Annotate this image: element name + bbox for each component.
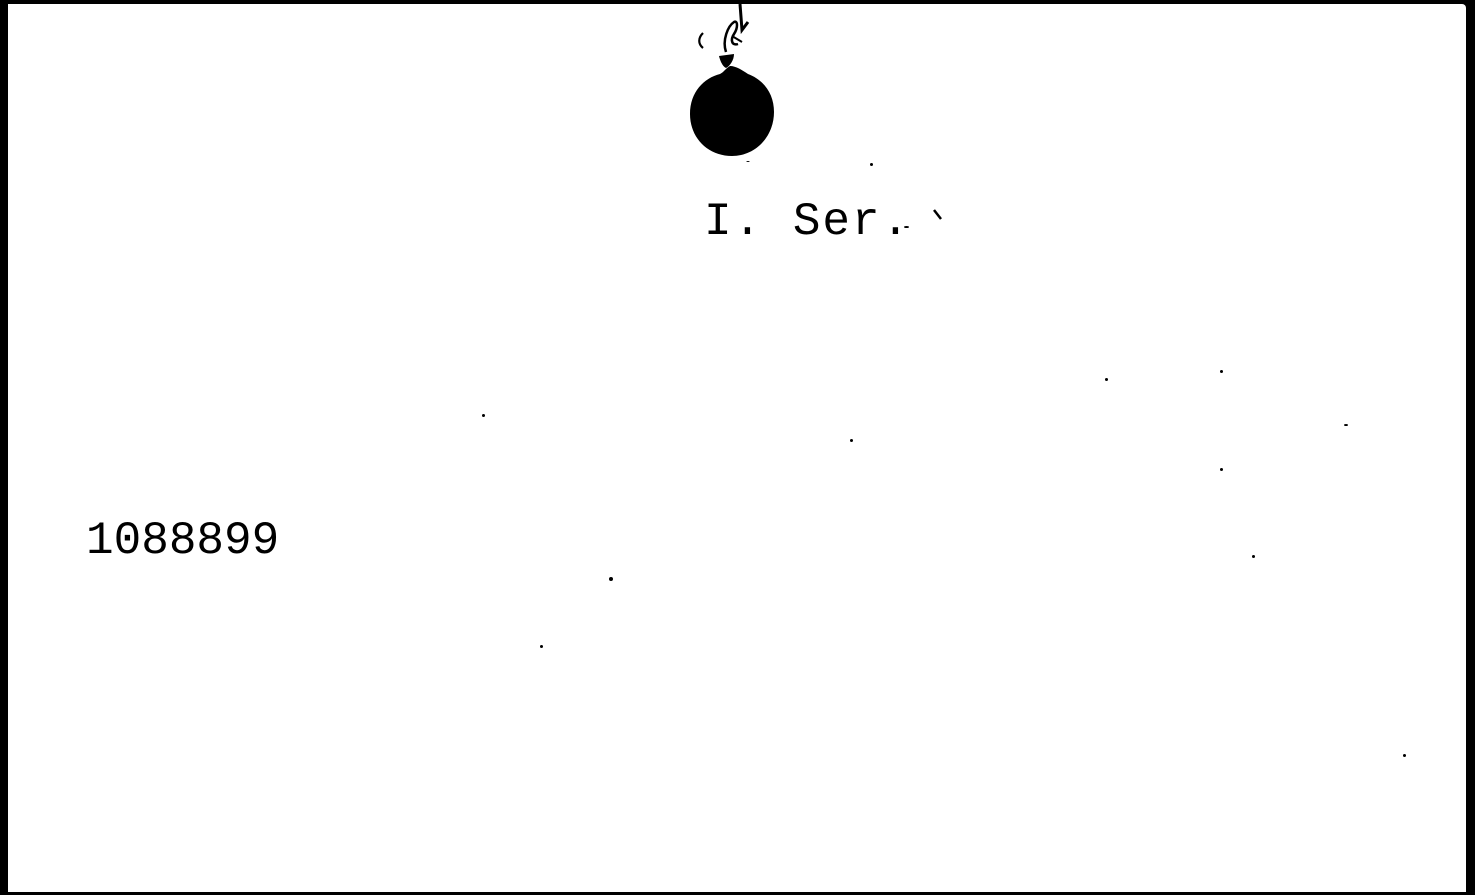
series-label: I. Ser. (704, 196, 911, 248)
scan-border-right (1466, 0, 1475, 895)
scan-speck (482, 414, 485, 417)
scan-speck (1252, 555, 1255, 558)
scan-speck (1220, 370, 1223, 373)
scan-speck (932, 208, 944, 222)
scan-speck (1344, 424, 1348, 426)
ink-blot-icon (686, 0, 782, 162)
record-number: 1088899 (86, 515, 279, 567)
scan-speck (850, 439, 853, 442)
scan-speck (1105, 378, 1108, 381)
scan-border-left (0, 0, 8, 895)
scan-speck (1220, 468, 1223, 471)
scan-speck (1403, 754, 1406, 757)
scan-speck (609, 577, 613, 581)
scan-speck (904, 226, 909, 228)
scan-speck (540, 645, 543, 648)
scan-speck (870, 163, 873, 166)
